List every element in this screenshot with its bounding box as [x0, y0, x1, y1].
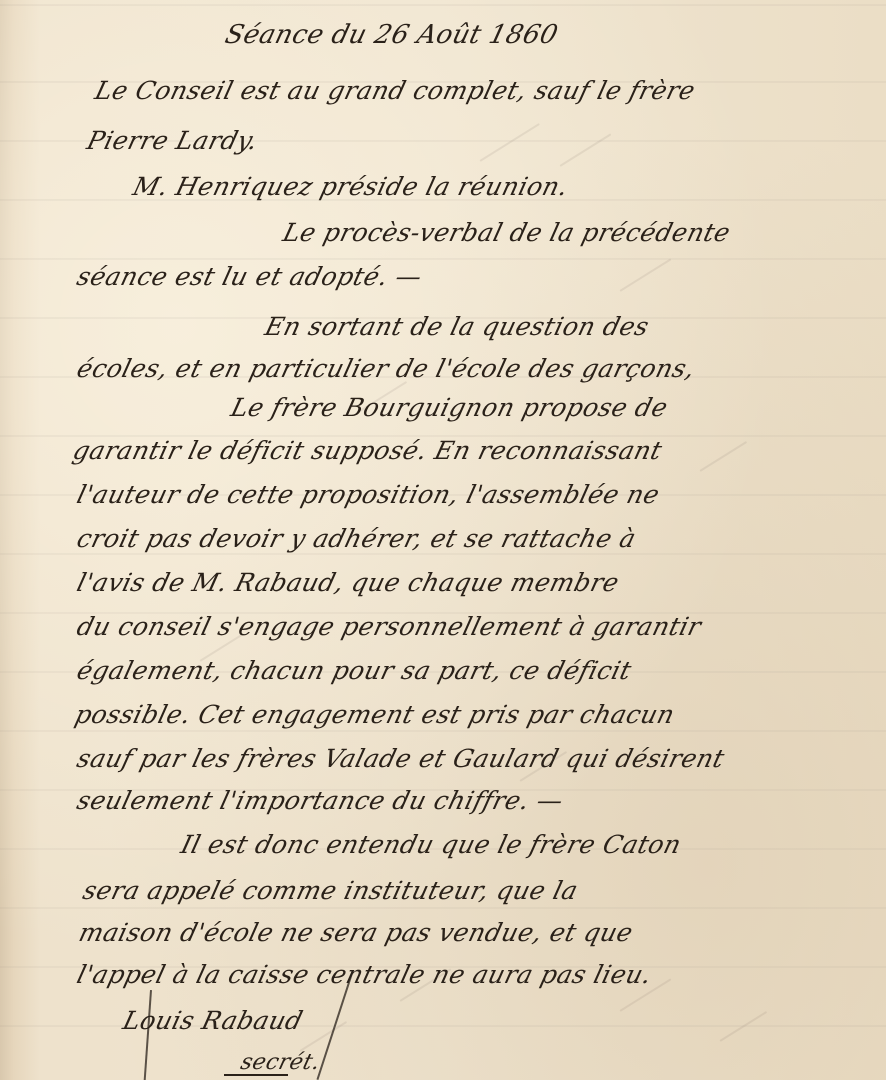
text-line: maison d'école ne sera pas vendue, et qu… — [76, 918, 636, 947]
text-line: sauf par les frères Valade et Gaulard qu… — [74, 744, 728, 773]
text-line: Il est donc entendu que le frère Caton — [178, 830, 684, 859]
text-line: l'appel à la caisse centrale ne aura pas… — [74, 960, 655, 989]
text-line: sera appelé comme instituteur, que la — [80, 876, 581, 905]
text-line: Pierre Lardy. — [84, 126, 261, 155]
text-line: garantir le déficit supposé. En reconnai… — [70, 436, 665, 465]
text-line: possible. Cet engagement est pris par ch… — [72, 700, 678, 729]
signature-suffix: secrét. — [238, 1050, 323, 1075]
text-line: croit pas devoir y adhérer, et se rattac… — [74, 524, 639, 553]
text-line: du conseil s'engage personnellement à ga… — [74, 612, 704, 641]
manuscript-page: Séance du 26 Août 1860 Le Conseil est au… — [0, 0, 886, 1080]
text-line: Le procès-verbal de la précédente — [280, 218, 733, 247]
text-line: séance est lu et adopté. — — [74, 262, 425, 291]
text-line: écoles, et en particulier de l'école des… — [74, 354, 698, 383]
text-line: seulement l'importance du chiffre. — — [74, 786, 566, 815]
text-line: Le frère Bourguignon propose de — [228, 393, 671, 422]
text-line: l'auteur de cette proposition, l'assembl… — [74, 480, 663, 509]
session-heading: Séance du 26 Août 1860 — [222, 20, 561, 50]
text-line: également, chacun pour sa part, ce défic… — [74, 656, 635, 685]
signature-underline — [224, 1074, 288, 1076]
text-line: M. Henriquez préside la réunion. — [130, 172, 571, 201]
text-line: En sortant de la question des — [262, 312, 652, 341]
text-line: Le Conseil est au grand complet, sauf le… — [92, 76, 698, 105]
text-line: l'avis de M. Rabaud, que chaque membre — [74, 568, 622, 597]
